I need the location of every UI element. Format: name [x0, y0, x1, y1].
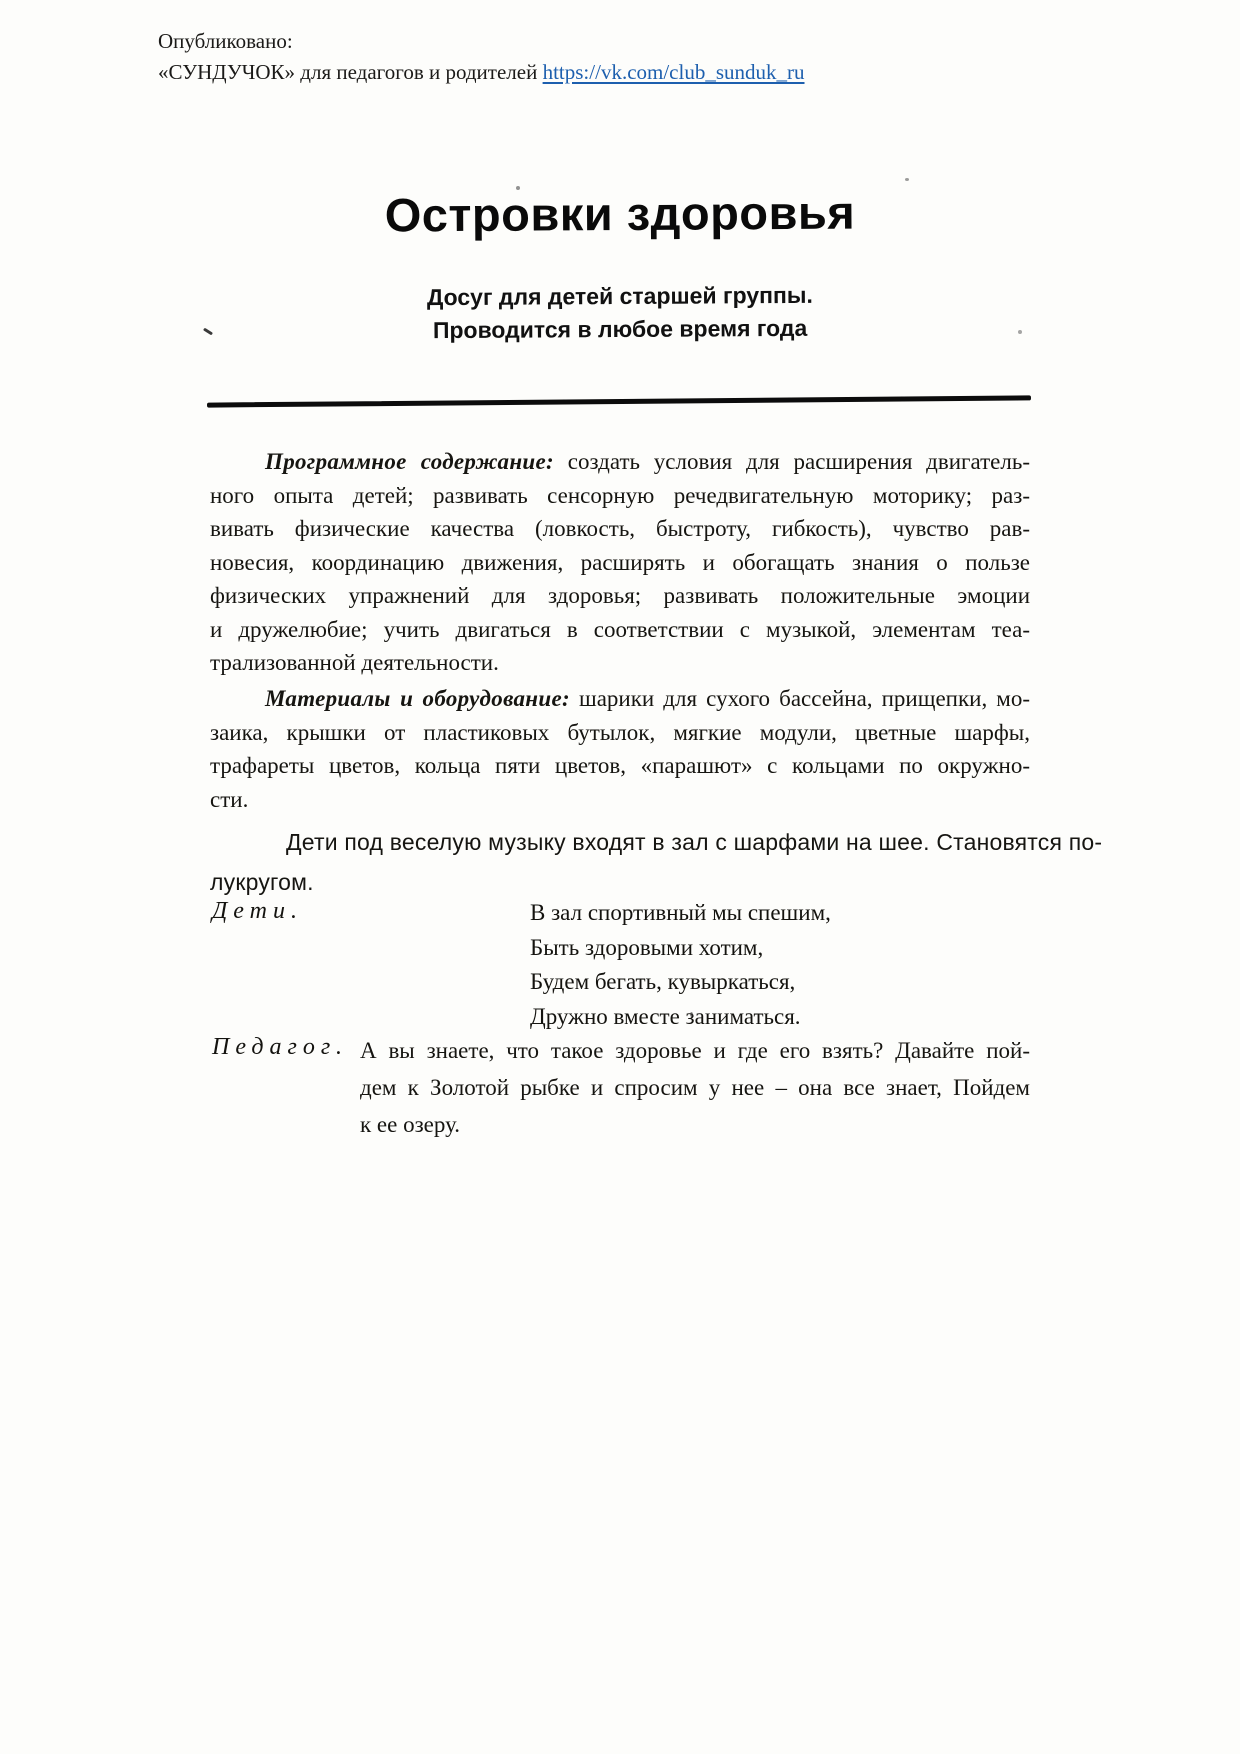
verse-line: В зал спортивный мы спешим,	[530, 896, 1010, 931]
paragraph-line: заика, крышки от пластиковых бутылок, мя…	[210, 716, 1030, 750]
scan-speck	[905, 178, 909, 181]
document-page: Опубликовано: «СУНДУЧОК» для педагогов и…	[0, 0, 1240, 1754]
paragraph-lead: Программное содержание:	[265, 449, 554, 474]
speaker-label-teacher: Педагог.	[212, 1034, 348, 1061]
verse-line: Дружно вместе заниматься.	[530, 1000, 1010, 1035]
paragraph-line: сти.	[210, 783, 1030, 817]
paragraph-line: и дружелюбие; учить двигаться в соответс…	[210, 613, 1030, 647]
subtitle-line-2: Проводится в любое время года	[210, 310, 1030, 348]
paragraph-lead: Материалы и оборудование:	[265, 686, 570, 711]
scan-speck	[516, 186, 520, 190]
published-label: Опубликовано:	[158, 26, 805, 57]
scan-speck	[1018, 330, 1022, 334]
source-link[interactable]: https://vk.com/club_sunduk_ru	[543, 60, 805, 84]
materials-paragraph: Материалы и оборудование: шарики для сух…	[210, 682, 1030, 816]
speaker-label-children: Дети.	[212, 898, 303, 925]
verse-line: Будем бегать, кувыркаться,	[530, 965, 1010, 1000]
stage-direction: Дети под веселую музыку входят в зал с ш…	[210, 822, 1030, 902]
paragraph-line: вивать физические качества (ловкость, бы…	[210, 512, 1030, 546]
teacher-line: дем к Золотой рыбке и спросим у нее – он…	[360, 1069, 1030, 1106]
program-paragraph: Программное содержание: создать условия …	[210, 445, 1030, 680]
direction-line: Дети под веселую музыку входят в зал с ш…	[210, 822, 1030, 862]
teacher-speech: А вы знаете, что такое здоровье и где ег…	[360, 1032, 1030, 1143]
children-verse: В зал спортивный мы спешим, Быть здоровы…	[530, 896, 1010, 1034]
paragraph-line: новесия, координацию движения, расширять…	[210, 546, 1030, 580]
paragraph-line: Материалы и оборудование: шарики для сух…	[210, 682, 1030, 716]
source-line: «СУНДУЧОК» для педагогов и родителей htt…	[158, 57, 805, 88]
paragraph-line: трафареты цветов, кольца пяти цветов, «п…	[210, 749, 1030, 783]
publication-header: Опубликовано: «СУНДУЧОК» для педагогов и…	[158, 26, 805, 88]
divider-rule	[207, 395, 1031, 407]
paragraph-text: создать условия для расширения двигатель…	[554, 449, 1030, 474]
source-prefix: «СУНДУЧОК» для педагогов и родителей	[158, 60, 543, 84]
page-subtitle: Досуг для детей старшей группы. Проводит…	[210, 277, 1030, 348]
paragraph-line: трализованной деятельности.	[210, 646, 1030, 680]
paragraph-text: шарики для сухого бассейна, прищепки, мо…	[570, 686, 1030, 711]
scan-speck	[690, 1012, 693, 1017]
paragraph-line: физических упражнений для здоровья; разв…	[210, 579, 1030, 613]
teacher-line: к ее озеру.	[360, 1106, 1030, 1143]
paragraph-line: Программное содержание: создать условия …	[210, 445, 1030, 479]
page-title: Островки здоровья	[210, 183, 1030, 243]
subtitle-line-1: Досуг для детей старшей группы.	[210, 277, 1030, 315]
verse-line: Быть здоровыми хотим,	[530, 931, 1010, 966]
teacher-line: А вы знаете, что такое здоровье и где ег…	[360, 1032, 1030, 1069]
paragraph-line: ного опыта детей; развивать сенсорную ре…	[210, 479, 1030, 513]
